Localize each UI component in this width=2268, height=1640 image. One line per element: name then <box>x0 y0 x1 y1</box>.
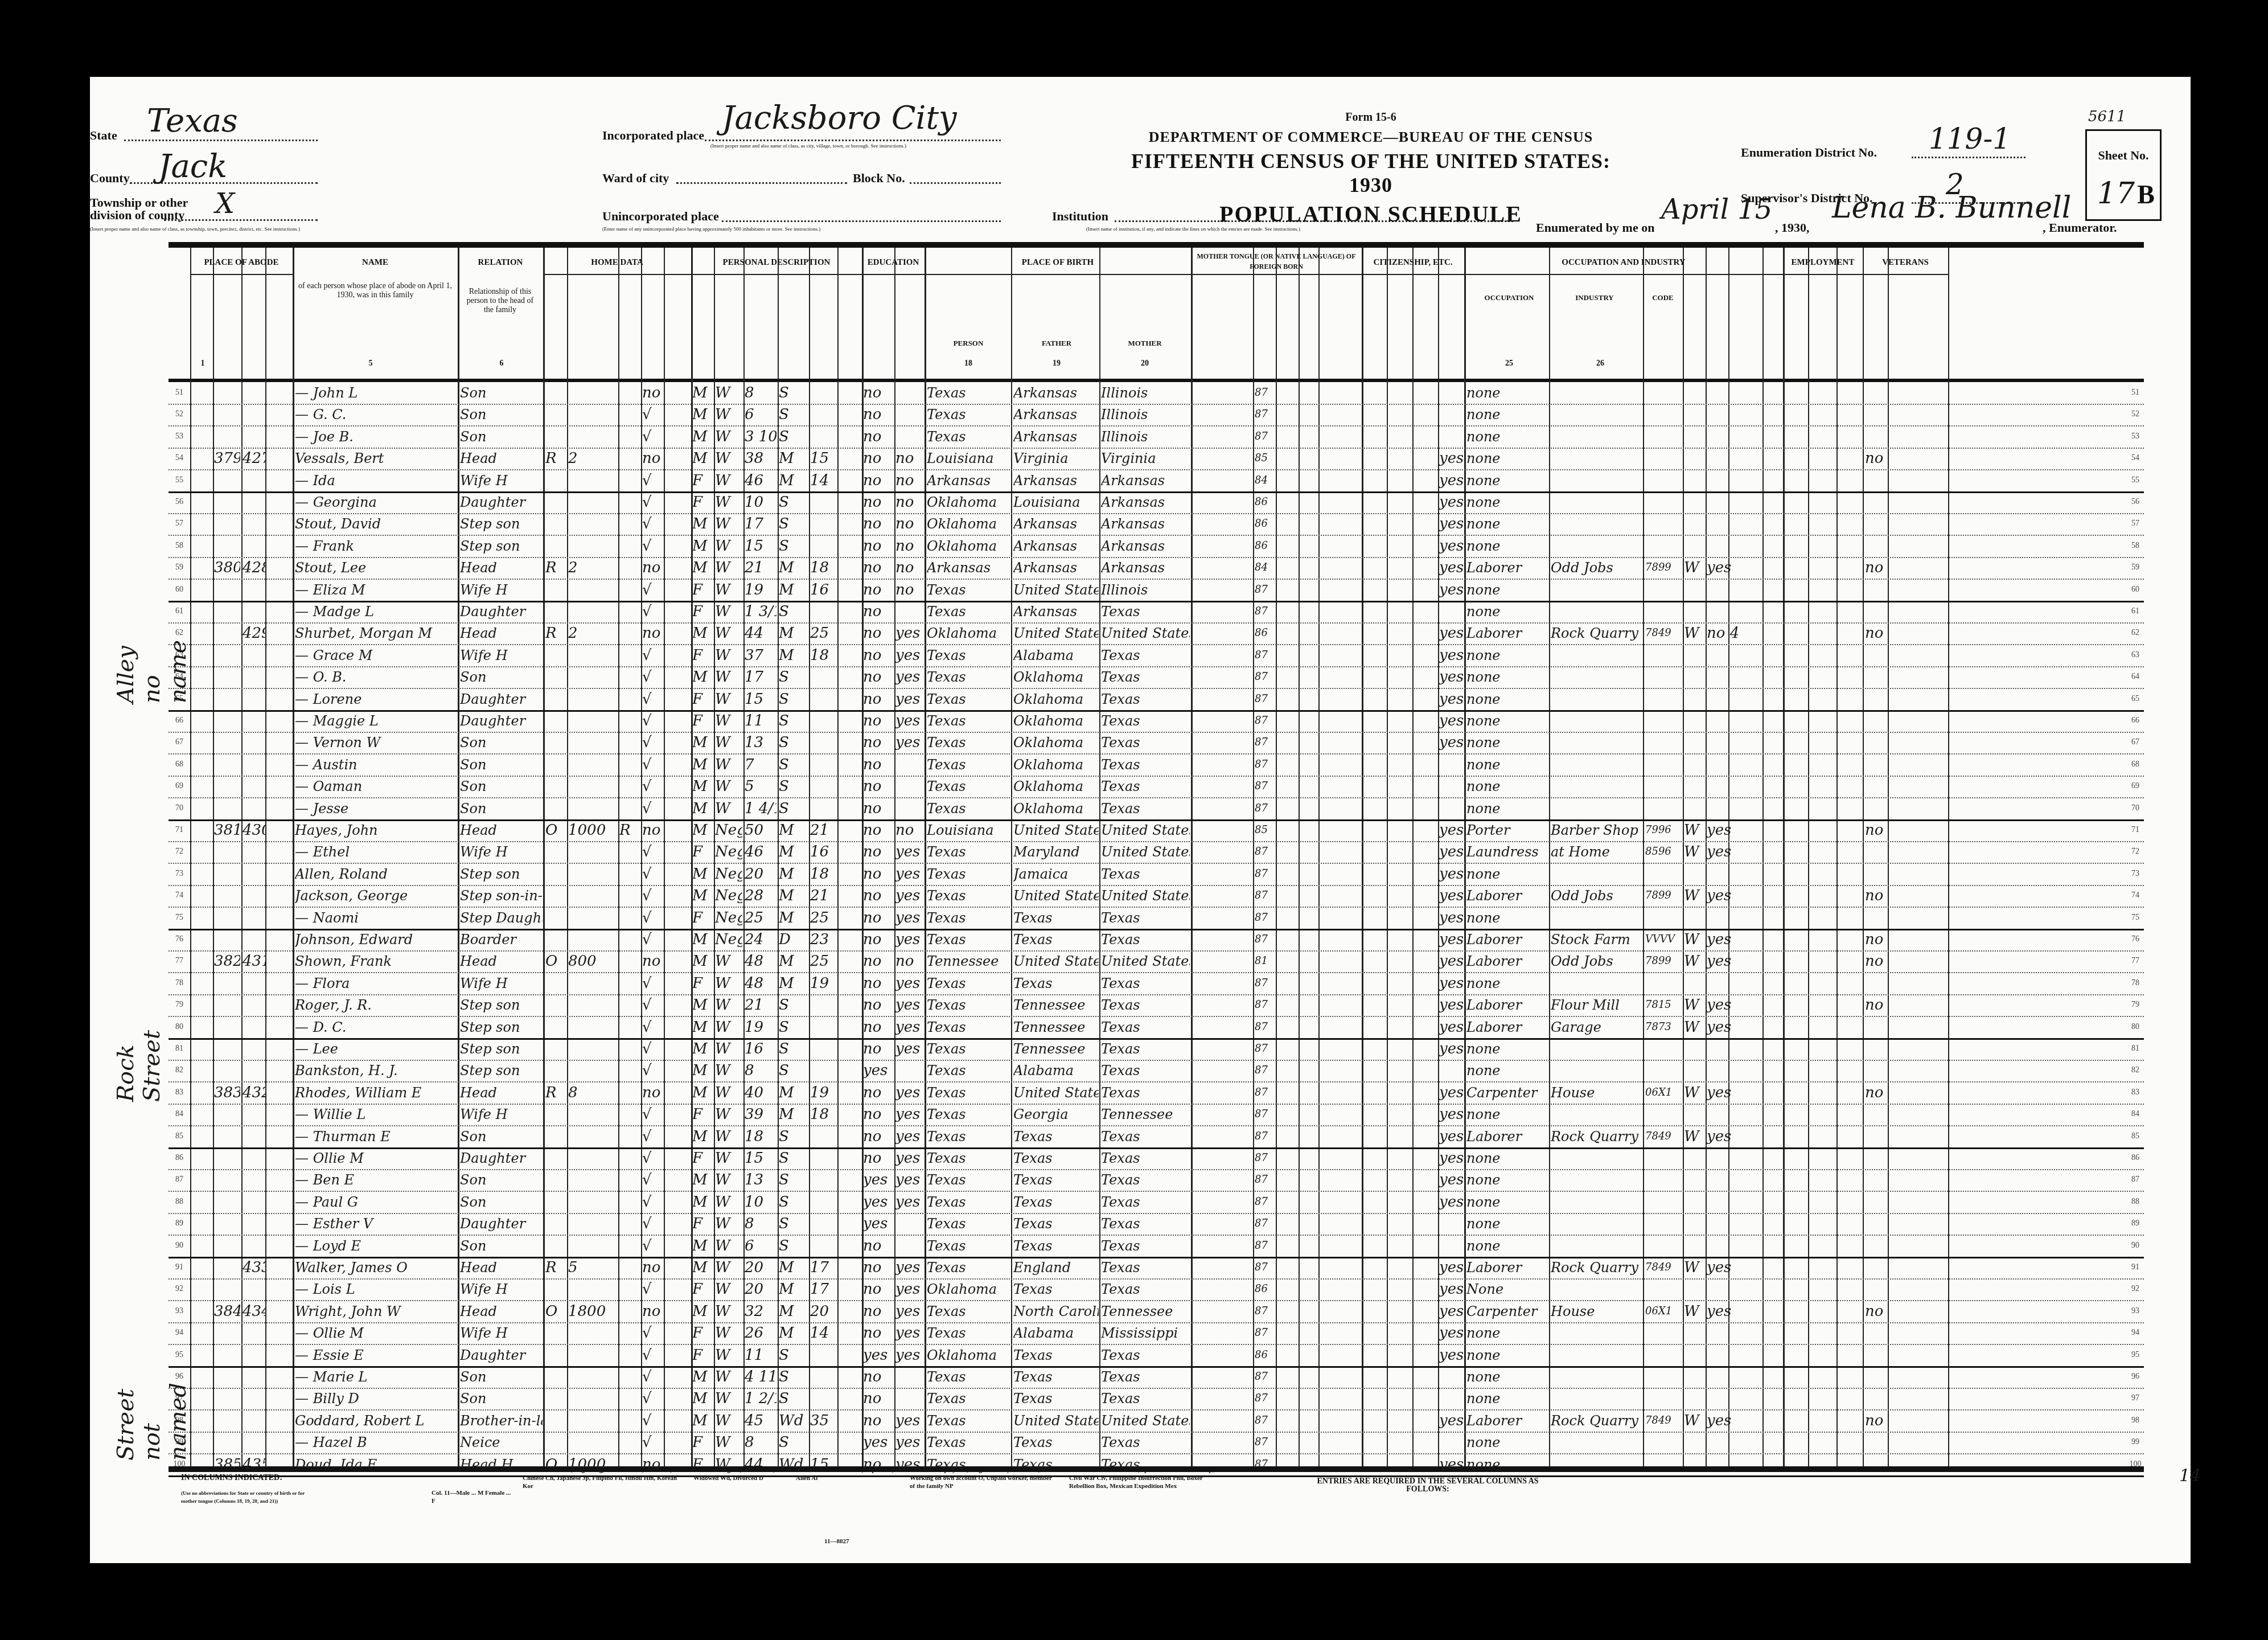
county-label: County <box>90 171 130 186</box>
cell-father: Texas <box>1013 1366 1099 1388</box>
cell-father: Texas <box>1013 1169 1099 1191</box>
cell-vet <box>1865 1169 1888 1191</box>
cell-line: 60 <box>169 579 190 601</box>
cell-family <box>243 470 265 491</box>
cell-farm: √ <box>642 885 663 907</box>
cell-value <box>568 426 617 448</box>
cell-birth: Oklahoma <box>927 1278 1010 1300</box>
cell-farm: no <box>642 448 663 469</box>
cell-radio <box>619 1016 640 1038</box>
cell-relation: Son <box>460 426 543 448</box>
cell-sex: M <box>692 426 713 448</box>
cell-mother: Texas <box>1101 1060 1190 1081</box>
cell-occupation: none <box>1466 1147 1548 1169</box>
cell-race: W <box>715 470 742 491</box>
cell-vet <box>1865 404 1888 425</box>
cell-race: W <box>715 950 742 972</box>
cell-read: no <box>895 535 924 557</box>
cell-school: no <box>863 491 893 513</box>
cell-line: 74 <box>2127 885 2144 907</box>
cell-occupation: Laborer <box>1466 1410 1548 1432</box>
cell-father: Arkansas <box>1013 382 1099 404</box>
cell-race: W <box>715 1169 742 1191</box>
cell-mother: Texas <box>1101 1388 1190 1409</box>
cell-race: W <box>715 973 742 994</box>
cell-work <box>1707 973 1741 994</box>
cell-read: no <box>895 448 924 469</box>
cell-radio <box>619 513 640 535</box>
table-row: 54379427Vessals, BertHeadR2noMW38M15nono… <box>169 448 2144 470</box>
cell-farm: √ <box>642 1410 663 1432</box>
cell-radio <box>619 1410 640 1432</box>
cell-age: 19 <box>745 579 776 601</box>
cell-work: yes <box>1707 557 1741 579</box>
cell-relation: Daughter <box>460 601 543 622</box>
cell-sex: M <box>692 622 713 644</box>
cell-father: Arkansas <box>1013 470 1099 491</box>
cell-occupation: Laborer <box>1466 1016 1548 1038</box>
cell-radio <box>619 491 640 513</box>
cell-read <box>895 1235 924 1257</box>
cell-name: — Maggie L <box>295 710 457 732</box>
cell-line: 83 <box>169 1082 190 1104</box>
cell-english <box>1439 404 1463 425</box>
cell-name: — Flora <box>295 973 457 994</box>
cell-code-d <box>1645 754 1682 776</box>
cell-age: 17 <box>745 513 776 535</box>
cell-tenure: R <box>545 1082 566 1104</box>
cell-occupation: none <box>1466 404 1548 425</box>
cell-class: W <box>1684 885 1704 907</box>
cell-line: 60 <box>2127 579 2144 601</box>
cell-code-d: 7899 <box>1645 885 1682 907</box>
cell-code-a: 84 <box>1255 470 1275 491</box>
enumerator-name: Lena B. Bunnell <box>1832 191 2071 225</box>
cell-family <box>243 994 265 1016</box>
table-row: 56— GeorginaDaughter√FW10SnonoOklahomaLo… <box>169 491 2144 514</box>
cell-radio <box>619 710 640 732</box>
cell-name: Stout, Lee <box>295 557 457 579</box>
cell-vet <box>1865 732 1888 753</box>
cell-class <box>1684 426 1704 448</box>
cell-marital: D <box>779 929 808 950</box>
cell-farm: √ <box>642 907 663 929</box>
cell-school: no <box>863 404 893 425</box>
cell-read: yes <box>895 1016 924 1038</box>
cell-race: W <box>715 1388 742 1409</box>
cell-age-married: 19 <box>810 1082 836 1104</box>
cell-birth: Texas <box>927 863 1010 885</box>
cell-vet: no <box>1865 994 1888 1016</box>
cell-dwelling <box>214 1060 240 1081</box>
cell-family <box>243 798 265 819</box>
cell-school: yes <box>863 1060 893 1081</box>
form-number: Form 15-6 <box>1115 111 1627 124</box>
cell-race: W <box>715 1432 742 1453</box>
cell-code-d: 7849 <box>1645 622 1682 644</box>
cell-sex: M <box>692 1016 713 1038</box>
cell-work <box>1707 732 1741 753</box>
cell-age-married <box>810 1344 836 1366</box>
cell-age: 5 <box>745 776 776 797</box>
cell-age: 13 <box>745 732 776 753</box>
cell-line: 79 <box>2127 994 2144 1016</box>
cell-family <box>243 1322 265 1344</box>
cell-age: 37 <box>745 645 776 666</box>
cell-age-married: 18 <box>810 1104 836 1125</box>
cell-code-a: 86 <box>1255 1278 1275 1300</box>
cell-english: yes <box>1439 1344 1463 1366</box>
cell-radio <box>619 1060 640 1081</box>
cell-mother: Texas <box>1101 907 1190 929</box>
cell-name: — Ollie M <box>295 1147 457 1169</box>
cell-school: no <box>863 382 893 404</box>
sheet-value: 17 <box>2097 177 2135 211</box>
cell-race: W <box>715 404 742 425</box>
cell-sex: F <box>692 907 713 929</box>
cell-age: 48 <box>745 973 776 994</box>
cell-mother: Texas <box>1101 1235 1190 1257</box>
cell-line: 75 <box>2127 907 2144 929</box>
cell-race: W <box>715 1257 742 1278</box>
group-relation: RELATION <box>458 251 543 274</box>
cell-relation: Son <box>460 1191 543 1213</box>
col-num-18: 18 <box>960 359 977 368</box>
cell-mother: Illinois <box>1101 579 1190 601</box>
cell-father: Texas <box>1013 1344 1099 1366</box>
cell-birth: Texas <box>927 994 1010 1016</box>
cell-vet <box>1865 973 1888 994</box>
cell-english: yes <box>1439 1038 1463 1060</box>
cell-dwelling <box>214 1235 240 1257</box>
cell-birth: Texas <box>927 1213 1010 1235</box>
cell-marital: S <box>779 1147 808 1169</box>
cell-class <box>1684 1060 1704 1081</box>
cell-line: 82 <box>2127 1060 2144 1081</box>
cell-english: yes <box>1439 1104 1463 1125</box>
cell-school: no <box>863 907 893 929</box>
cell-radio <box>619 535 640 557</box>
cell-industry <box>1551 426 1642 448</box>
cell-birth: Texas <box>927 1191 1010 1213</box>
col-num-1: 1 <box>194 359 211 368</box>
cell-dwelling <box>214 1366 240 1388</box>
cell-age-married <box>810 798 836 819</box>
cell-age: 40 <box>745 1082 776 1104</box>
cell-vet: no <box>1865 929 1888 950</box>
table-row: 66— Maggie LDaughter√FW11SnoyesTexasOkla… <box>169 710 2144 733</box>
cell-code-d <box>1645 645 1682 666</box>
cell-sex: M <box>692 950 713 972</box>
cell-vet: no <box>1865 1082 1888 1104</box>
cell-work: yes <box>1707 885 1741 907</box>
cell-farm: √ <box>642 491 663 513</box>
cell-code-a: 87 <box>1255 994 1275 1016</box>
cell-work: yes <box>1707 1257 1741 1278</box>
cell-mother: Texas <box>1101 710 1190 732</box>
cell-read: yes <box>895 1038 924 1060</box>
abbrev-title: ABBREVIATIONS TO BE USED IN COLUMNS INDI… <box>181 1466 306 1482</box>
cell-code-d <box>1645 1344 1682 1366</box>
cell-occupation: none <box>1466 645 1548 666</box>
cell-work <box>1707 710 1741 732</box>
sheet-side: B <box>2137 180 2155 209</box>
cell-farm: √ <box>642 1366 663 1388</box>
cell-class <box>1684 1213 1704 1235</box>
cell-name: — Eliza M <box>295 579 457 601</box>
cell-class <box>1684 579 1704 601</box>
cell-english: yes <box>1439 819 1463 841</box>
cell-occupation: Laborer <box>1466 622 1548 644</box>
cell-industry <box>1551 863 1642 885</box>
cell-family: 431 <box>243 950 265 972</box>
cell-code-d <box>1645 1432 1682 1453</box>
cell-vet <box>1865 907 1888 929</box>
cell-line: 83 <box>2127 1082 2144 1104</box>
cell-value <box>568 732 617 753</box>
cell-name: — John L <box>295 382 457 404</box>
cell-father: Alabama <box>1013 645 1099 666</box>
cell-age-married <box>810 1147 836 1169</box>
cell-code-d <box>1645 732 1682 753</box>
cell-line: 52 <box>2127 404 2144 425</box>
cell-vet <box>1865 1104 1888 1125</box>
cell-line: 81 <box>2127 1038 2144 1060</box>
cell-race: Neg <box>715 841 742 863</box>
cell-line: 93 <box>2127 1301 2144 1322</box>
cell-work <box>1707 1366 1741 1388</box>
cell-value: 2 <box>568 622 617 644</box>
cell-radio <box>619 1366 640 1388</box>
cell-race: W <box>715 601 742 622</box>
cell-farm: √ <box>642 994 663 1016</box>
cell-name: — Joe B. <box>295 426 457 448</box>
cell-father: Texas <box>1013 1191 1099 1213</box>
cell-name: — Lois L <box>295 1278 457 1300</box>
cell-mother: Arkansas <box>1101 470 1190 491</box>
cell-code-d <box>1645 688 1682 710</box>
cell-father: Oklahoma <box>1013 666 1099 688</box>
cell-code-d <box>1645 1366 1682 1388</box>
cell-farm: no <box>642 1082 663 1104</box>
cell-tenure <box>545 1432 566 1453</box>
cell-sex: F <box>692 1432 713 1453</box>
cell-industry <box>1551 513 1642 535</box>
cell-line: 69 <box>169 776 190 797</box>
cell-age: 19 <box>745 1016 776 1038</box>
cell-work: yes <box>1707 1126 1741 1147</box>
cell-work <box>1707 535 1741 557</box>
cell-tenure <box>545 973 566 994</box>
cell-relation: Daughter <box>460 491 543 513</box>
cell-age-married <box>810 601 836 622</box>
cell-relation: Wife H <box>460 1322 543 1344</box>
cell-birth: Texas <box>927 688 1010 710</box>
cell-tenure <box>545 994 566 1016</box>
cell-dwelling <box>214 1104 240 1125</box>
cell-dwelling <box>214 688 240 710</box>
cell-dwelling: 383 <box>214 1082 240 1104</box>
cell-vet <box>1865 426 1888 448</box>
cell-vet <box>1865 382 1888 404</box>
enumerator-label: , Enumerator. <box>2043 220 2117 235</box>
cell-tenure <box>545 1213 566 1235</box>
cell-sex: M <box>692 1082 713 1104</box>
cell-mother: Texas <box>1101 1038 1190 1060</box>
cell-line: 70 <box>169 798 190 819</box>
cell-school: no <box>863 841 893 863</box>
cell-marital: S <box>779 754 808 776</box>
cell-marital: S <box>779 1366 808 1388</box>
cell-age: 28 <box>745 885 776 907</box>
cell-age-married <box>810 666 836 688</box>
cell-mother: Texas <box>1101 1344 1190 1366</box>
cell-value <box>568 1126 617 1147</box>
cell-occupation: Porter <box>1466 819 1548 841</box>
cell-school: no <box>863 470 893 491</box>
cell-line: 87 <box>169 1169 190 1191</box>
cell-school: no <box>863 973 893 994</box>
cell-industry <box>1551 1169 1642 1191</box>
cell-value <box>568 1213 617 1235</box>
table-row: 82Bankston, H. J.Step son√MW8SyesTexasAl… <box>169 1060 2144 1083</box>
cell-radio <box>619 754 640 776</box>
cell-occupation: Laborer <box>1466 929 1548 950</box>
cell-code-d <box>1645 1038 1682 1060</box>
cell-age: 11 <box>745 710 776 732</box>
cell-dwelling: 379 <box>214 448 240 469</box>
table-row: 91433Walker, James OHeadR5noMW20M17noyes… <box>169 1257 2144 1280</box>
cell-relation: Neice <box>460 1432 543 1453</box>
cell-family: 430 <box>243 819 265 841</box>
cell-age: 39 <box>745 1104 776 1125</box>
cell-value <box>568 579 617 601</box>
cell-father: Texas <box>1013 1147 1099 1169</box>
cell-name: — Frank <box>295 535 457 557</box>
cell-dwelling <box>214 1257 240 1278</box>
cell-age: 6 <box>745 1235 776 1257</box>
cell-relation: Wife H <box>460 841 543 863</box>
cell-mother: United States <box>1101 819 1190 841</box>
cell-relation: Wife H <box>460 973 543 994</box>
cell-tenure <box>545 885 566 907</box>
cell-english: yes <box>1439 470 1463 491</box>
cell-race: W <box>715 732 742 753</box>
cell-class <box>1684 491 1704 513</box>
cell-farm: √ <box>642 579 663 601</box>
cell-vet <box>1865 1191 1888 1213</box>
cell-occupation: Laborer <box>1466 1257 1548 1278</box>
cell-farm: √ <box>642 1038 663 1060</box>
table-row: 96— Marie LSon√MW4 11/12SnoTexasTexasTex… <box>169 1366 2144 1389</box>
cell-father: United States <box>1013 819 1099 841</box>
cell-birth: Texas <box>927 1366 1010 1388</box>
cell-tenure <box>545 798 566 819</box>
cell-read: yes <box>895 645 924 666</box>
cell-relation: Head <box>460 819 543 841</box>
cell-birth: Oklahoma <box>927 1344 1010 1366</box>
cell-dwelling <box>214 841 240 863</box>
cell-value <box>568 535 617 557</box>
cell-english: yes <box>1439 1410 1463 1432</box>
cell-age: 16 <box>745 1038 776 1060</box>
cell-father: Oklahoma <box>1013 754 1099 776</box>
cell-occupation: none <box>1466 1213 1548 1235</box>
cell-industry: House <box>1551 1301 1642 1322</box>
cell-dwelling <box>214 885 240 907</box>
cell-english: yes <box>1439 1191 1463 1213</box>
cell-sex: F <box>692 1104 713 1125</box>
cell-code-a: 87 <box>1255 885 1275 907</box>
cell-work <box>1707 601 1741 622</box>
cell-read: yes <box>895 1301 924 1322</box>
cell-value <box>568 929 617 950</box>
cell-code-a: 86 <box>1255 1344 1275 1366</box>
cell-farm: √ <box>642 1235 663 1257</box>
cell-read <box>895 382 924 404</box>
enumerated-date: April 15 <box>1661 194 1772 225</box>
cell-english: yes <box>1439 557 1463 579</box>
cell-industry <box>1551 470 1642 491</box>
cell-marital: S <box>779 513 808 535</box>
cell-vet <box>1865 798 1888 819</box>
cell-work <box>1707 1344 1741 1366</box>
cell-marital: S <box>779 1388 808 1409</box>
cell-code-a: 85 <box>1255 448 1275 469</box>
cell-marital: Wd <box>779 1410 808 1432</box>
cell-work: yes <box>1707 950 1741 972</box>
cell-value <box>568 491 617 513</box>
cell-relation: Step son <box>460 994 543 1016</box>
cell-value <box>568 1016 617 1038</box>
table-row: 81— LeeStep son√MW16SnoyesTexasTennessee… <box>169 1038 2144 1061</box>
cell-code-a: 87 <box>1255 841 1275 863</box>
cell-name: — Ollie M <box>295 1322 457 1344</box>
cell-line: 77 <box>169 950 190 972</box>
cell-mother: Texas <box>1101 1278 1190 1300</box>
cell-dwelling <box>214 732 240 753</box>
cell-age: 1 3/12 <box>745 601 776 622</box>
cell-father: United States <box>1013 885 1099 907</box>
cell-family: 427 <box>243 448 265 469</box>
cell-line: 73 <box>2127 863 2144 885</box>
cell-age-married: 14 <box>810 470 836 491</box>
cell-family <box>243 382 265 404</box>
cell-sex: M <box>692 754 713 776</box>
cell-father: Alabama <box>1013 1060 1099 1081</box>
cell-dwelling <box>214 798 240 819</box>
cell-marital: M <box>779 885 808 907</box>
cell-line: 69 <box>2127 776 2144 797</box>
cell-work <box>1707 1235 1741 1257</box>
cell-relation: Head <box>460 622 543 644</box>
table-header: PLACE OF ABODE NAME RELATION HOME DATA P… <box>169 248 2144 382</box>
cell-birth: Texas <box>927 1147 1010 1169</box>
cell-birth: Texas <box>927 798 1010 819</box>
cell-work <box>1707 645 1741 666</box>
cell-sex: F <box>692 841 713 863</box>
cell-code-a: 86 <box>1255 622 1275 644</box>
footer-col7: Col. 7—Owned ... O Rented ... R <box>318 1466 420 1474</box>
cell-value <box>568 1322 617 1344</box>
cell-school: no <box>863 1278 893 1300</box>
cell-vet <box>1865 1147 1888 1169</box>
cell-marital: M <box>779 819 808 841</box>
cell-age-married: 35 <box>810 1410 836 1432</box>
cell-line: 56 <box>169 491 190 513</box>
cell-farm: no <box>642 1257 663 1278</box>
cell-tenure <box>545 1016 566 1038</box>
